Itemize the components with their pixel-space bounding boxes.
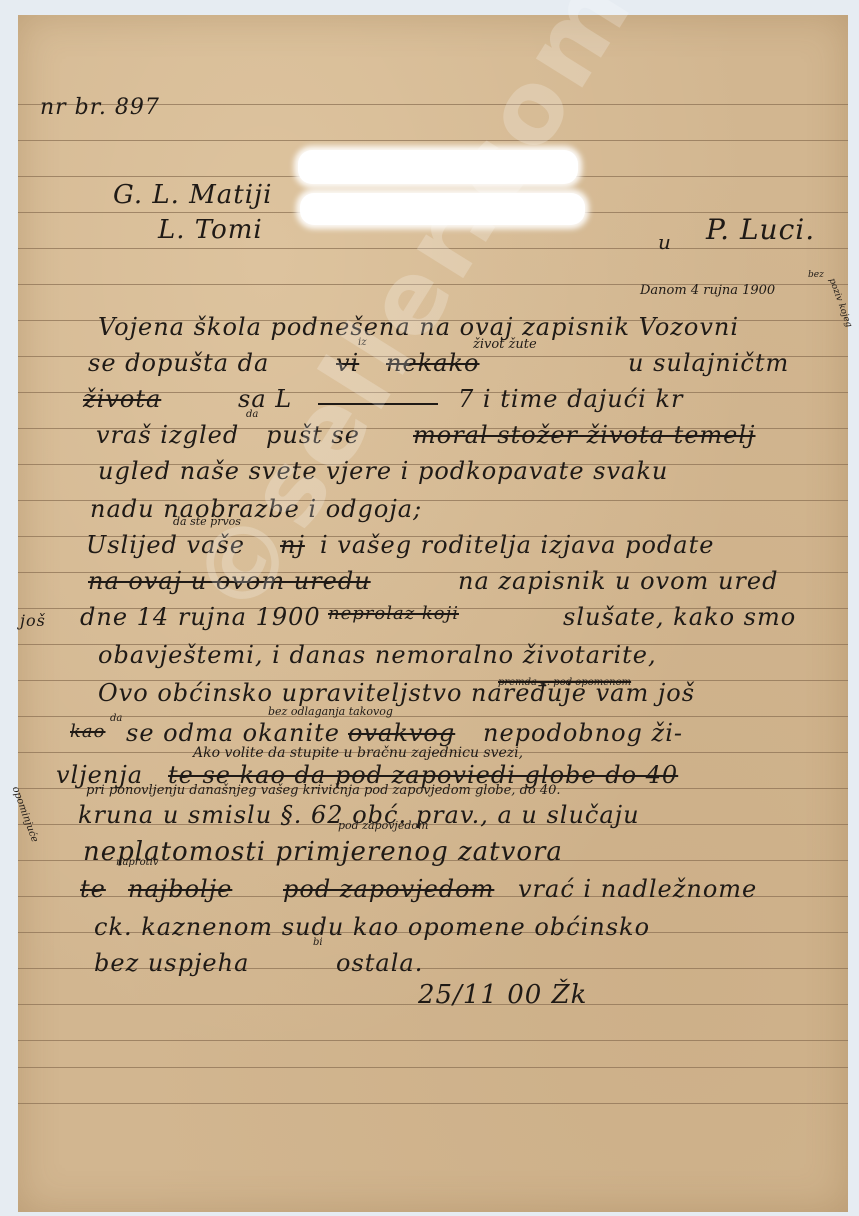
body-line-12b: nepodobnog ži- <box>483 719 683 747</box>
struck-word: najbolje <box>128 875 232 903</box>
ruled-line <box>18 1103 848 1104</box>
addressee-location: P. Luci. <box>706 213 815 246</box>
struck-word: vi <box>336 349 359 377</box>
struck-word: kao <box>70 721 105 742</box>
ruled-line <box>18 140 848 141</box>
redaction-box-1 <box>298 150 578 184</box>
letter-paper: nr br. 897 G. L. Matiji L. Tomi u P. Luc… <box>18 15 848 1212</box>
insertion: da <box>246 409 258 420</box>
struck-word: života <box>83 385 161 413</box>
date-note-insert: bez <box>808 270 824 280</box>
ruled-line <box>18 716 848 717</box>
body-line-10: obavještemi, i danas nemoralno životarit… <box>98 641 657 669</box>
location-preposition: u <box>658 230 672 254</box>
struck-phrase: neprolaz koji <box>328 603 459 624</box>
struck-word: nekako <box>386 349 480 377</box>
insertion: pri ponovljenju današnjeg vašeg krivičnj… <box>86 783 561 798</box>
blank-line <box>318 403 438 406</box>
insertion: da <box>110 713 122 724</box>
insertion: bi <box>313 937 323 948</box>
insertion: Ako volite da stupite u bračnu zajednicu… <box>193 745 523 761</box>
struck-word: te <box>80 875 106 903</box>
insertion: naprotiv <box>116 857 158 868</box>
body-line-17: ck. kaznenom sudu kao opomene obćinsko <box>94 913 650 941</box>
reference-number: nr br. 897 <box>40 95 160 120</box>
insertion: život žute <box>473 337 537 352</box>
body-line-12a: se odma okanite <box>126 719 340 747</box>
body-line-8: na zapisnik u ovom ured <box>458 567 778 595</box>
margin-note-left: još <box>20 611 46 630</box>
struck-phrase: na ovaj u ovom uredu <box>88 567 371 595</box>
struck-phrase: pod zapovjedom <box>283 875 494 903</box>
redaction-box-2 <box>300 193 585 225</box>
body-line-18b: ostala. <box>336 949 423 977</box>
addressee-line-1: G. L. Matiji <box>113 180 272 210</box>
body-line-16: vrać i nadležnome <box>518 875 757 903</box>
insertion: iz <box>358 337 366 348</box>
insertion: bez odlaganja takovog <box>268 705 393 718</box>
body-line-9a: dne 14 rujna 1900 <box>80 603 321 631</box>
signature-date: 25/11 00 Žk <box>418 980 587 1010</box>
body-line-11: Ovo obćinsko upraviteljstvo naređuje vam… <box>98 679 695 707</box>
body-line-4b: pušt se <box>266 421 360 449</box>
body-line-7b: i vašeg roditelja izjava podate <box>320 531 714 559</box>
body-line-2b: u sulajničtm <box>628 349 789 377</box>
insertion: pod zapovjedom <box>338 819 428 832</box>
body-line-7a: Uslijed vaše <box>86 531 245 559</box>
body-line-9b: slušate, kako smo <box>563 603 796 631</box>
body-line-2a: se dopušta da <box>88 349 269 377</box>
body-line-18a: bez uspjeha <box>94 949 249 977</box>
body-line-4a: vraš izgled <box>96 421 239 449</box>
body-line-3b: 7 i time dajući kr <box>458 385 683 413</box>
ruled-line <box>18 248 848 249</box>
margin-note-left-2: opominjuće <box>10 785 40 844</box>
addressee-line-2: L. Tomi <box>158 215 263 245</box>
struck-phrase: moral stožer života temelj <box>413 421 756 449</box>
body-line-5: ugled naše svete vjere i podkopavate sva… <box>98 457 668 485</box>
ruled-line <box>18 1040 848 1041</box>
insertion: da ste prvos <box>173 515 241 528</box>
ruled-line <box>18 1067 848 1068</box>
struck-word: ovakvog <box>348 719 455 747</box>
struck-word: nj <box>280 531 305 559</box>
body-line-1: Vojena škola podnešena na ovaj zapisnik … <box>98 313 739 341</box>
body-line-6: nadu naobrazbe i odgoja; <box>90 495 422 523</box>
date-note: Danom 4 rujna 1900 <box>640 283 775 298</box>
